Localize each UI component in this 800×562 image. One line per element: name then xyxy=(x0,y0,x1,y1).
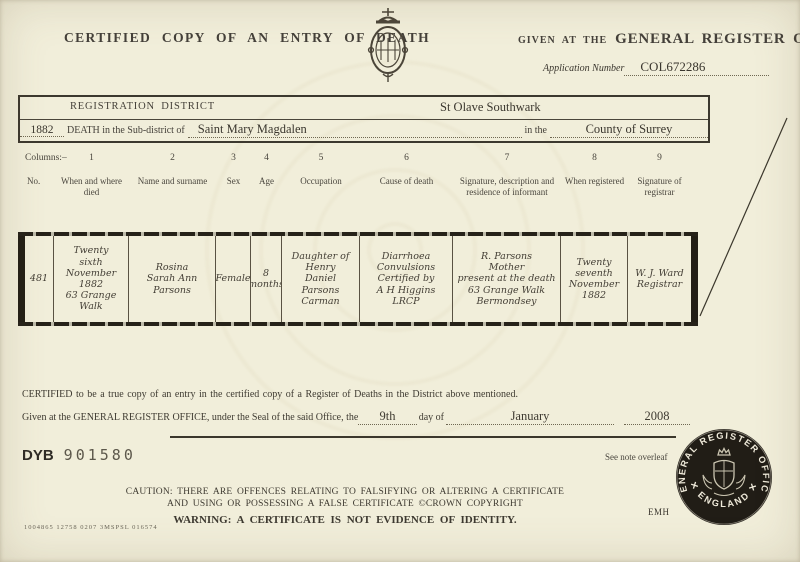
register-entry-table: 481 Twenty sixth November 1882 63 Grange… xyxy=(18,232,698,326)
table-bottom-border xyxy=(18,322,698,326)
column-header-cause-of-death: Cause of death xyxy=(360,176,453,199)
death-certificate-page: CERTIFIED COPY OF AN ENTRY OF DEATH GIVE… xyxy=(0,0,800,562)
application-number-row: Application Number COL672286 xyxy=(543,59,769,76)
registration-district-box: REGISTRATION DISTRICT St Olave Southwark… xyxy=(18,95,710,143)
seal-year-value: 2008 xyxy=(624,409,690,425)
caution-line-1: CAUTION: THERE ARE OFFENCES RELATING TO … xyxy=(60,486,630,498)
given-at-seal-line: Given at the GENERAL REGISTER OFFICE, un… xyxy=(22,409,690,425)
table-row: 481 Twenty sixth November 1882 63 Grange… xyxy=(25,236,691,322)
column-number-8: 8 xyxy=(561,153,628,163)
in-the-label: in the xyxy=(522,125,551,136)
caution-line-2: AND USING OR POSSESSING A FALSE CERTIFIC… xyxy=(60,498,630,510)
column-number-2: 2 xyxy=(129,153,216,163)
entry-cell-name-surname: Rosina Sarah Ann Parsons xyxy=(129,236,216,322)
given-at-office: GENERAL REGISTER OFFICE xyxy=(615,31,800,48)
column-numbers-row: Columns:– 1 2 3 4 5 6 7 8 9 xyxy=(25,153,691,163)
entry-year: 1882 xyxy=(20,124,64,137)
column-number-5: 5 xyxy=(282,153,360,163)
column-header-when-where-died: When and where died xyxy=(54,176,129,199)
serial-number: 901580 xyxy=(64,446,136,464)
county-value: County of Surrey xyxy=(550,122,708,138)
column-header-sex: Sex xyxy=(216,176,251,199)
caution-block: CAUTION: THERE ARE OFFENCES RELATING TO … xyxy=(60,486,630,526)
column-number-9: 9 xyxy=(628,153,691,163)
entry-cell-sex: Female xyxy=(216,236,251,322)
seal-day-value: 9th xyxy=(358,409,416,425)
royal-crest-icon xyxy=(352,6,424,86)
certified-statement: CERTIFIED to be a true copy of an entry … xyxy=(22,389,518,400)
entry-cell-informant: R. Parsons Mother present at the death 6… xyxy=(453,236,561,322)
column-header-informant: Signature, description and residence of … xyxy=(453,176,561,199)
see-note-overleaf: See note overleaf xyxy=(605,452,667,462)
column-header-registrar: Signature of registrar xyxy=(628,176,691,199)
column-number-4: 4 xyxy=(251,153,282,163)
sub-district-value: Saint Mary Magdalen xyxy=(188,122,522,138)
column-header-when-registered: When registered xyxy=(561,176,628,199)
sub-district-label: DEATH in the Sub-district of xyxy=(64,125,188,136)
given-at-heading: GIVEN AT THE GENERAL REGISTER OFFICE xyxy=(518,31,800,48)
column-number-6: 6 xyxy=(360,153,453,163)
registration-district-label: REGISTRATION DISTRICT xyxy=(70,101,215,112)
column-names-row: No. When and where died Name and surname… xyxy=(25,176,691,199)
column-header-occupation: Occupation xyxy=(282,176,360,199)
registration-district-value: St Olave Southwark xyxy=(440,100,541,115)
application-number-label: Application Number xyxy=(543,63,624,74)
column-number-7: 7 xyxy=(453,153,561,163)
column-number-1: 1 xyxy=(54,153,129,163)
given-at-prefix: GIVEN AT THE xyxy=(518,35,607,46)
horizontal-rule xyxy=(170,436,676,438)
print-code: 1004865 12758 0207 3MSPSL 016574 xyxy=(24,524,158,531)
column-header-no: No. xyxy=(25,176,54,199)
column-header-name-surname: Name and surname xyxy=(129,176,216,199)
general-register-office-seal: GENERAL REGISTER OFFICE ✕ ENGLAND ✕ xyxy=(674,427,774,527)
serial-prefix: DYB xyxy=(22,447,54,464)
entry-cell-age: 8 months xyxy=(251,236,282,322)
entry-cell-registrar-signature: W. J. Ward Registrar xyxy=(628,236,691,322)
day-of-label: day of xyxy=(417,412,446,423)
entry-cell-occupation: Daughter of Henry Daniel Parsons Carman xyxy=(282,236,360,322)
application-number-value: COL672286 xyxy=(624,59,769,76)
columns-label: Columns:– xyxy=(25,153,54,163)
column-header-age: Age xyxy=(251,176,282,199)
seal-initials: EMH xyxy=(648,507,670,517)
column-number-3: 3 xyxy=(216,153,251,163)
seal-month-value: January xyxy=(446,409,614,425)
entry-cell-when-where-died: Twenty sixth November 1882 63 Grange Wal… xyxy=(54,236,129,322)
entry-cell-cause-of-death: Diarrhoea Convulsions Certified by A H H… xyxy=(360,236,453,322)
certificate-serial: DYB 901580 xyxy=(22,446,136,464)
entry-cell-when-registered: Twenty seventh November 1882 xyxy=(561,236,628,322)
entry-cell-no: 481 xyxy=(25,236,54,322)
given-line-prefix: Given at the GENERAL REGISTER OFFICE, un… xyxy=(22,412,358,423)
